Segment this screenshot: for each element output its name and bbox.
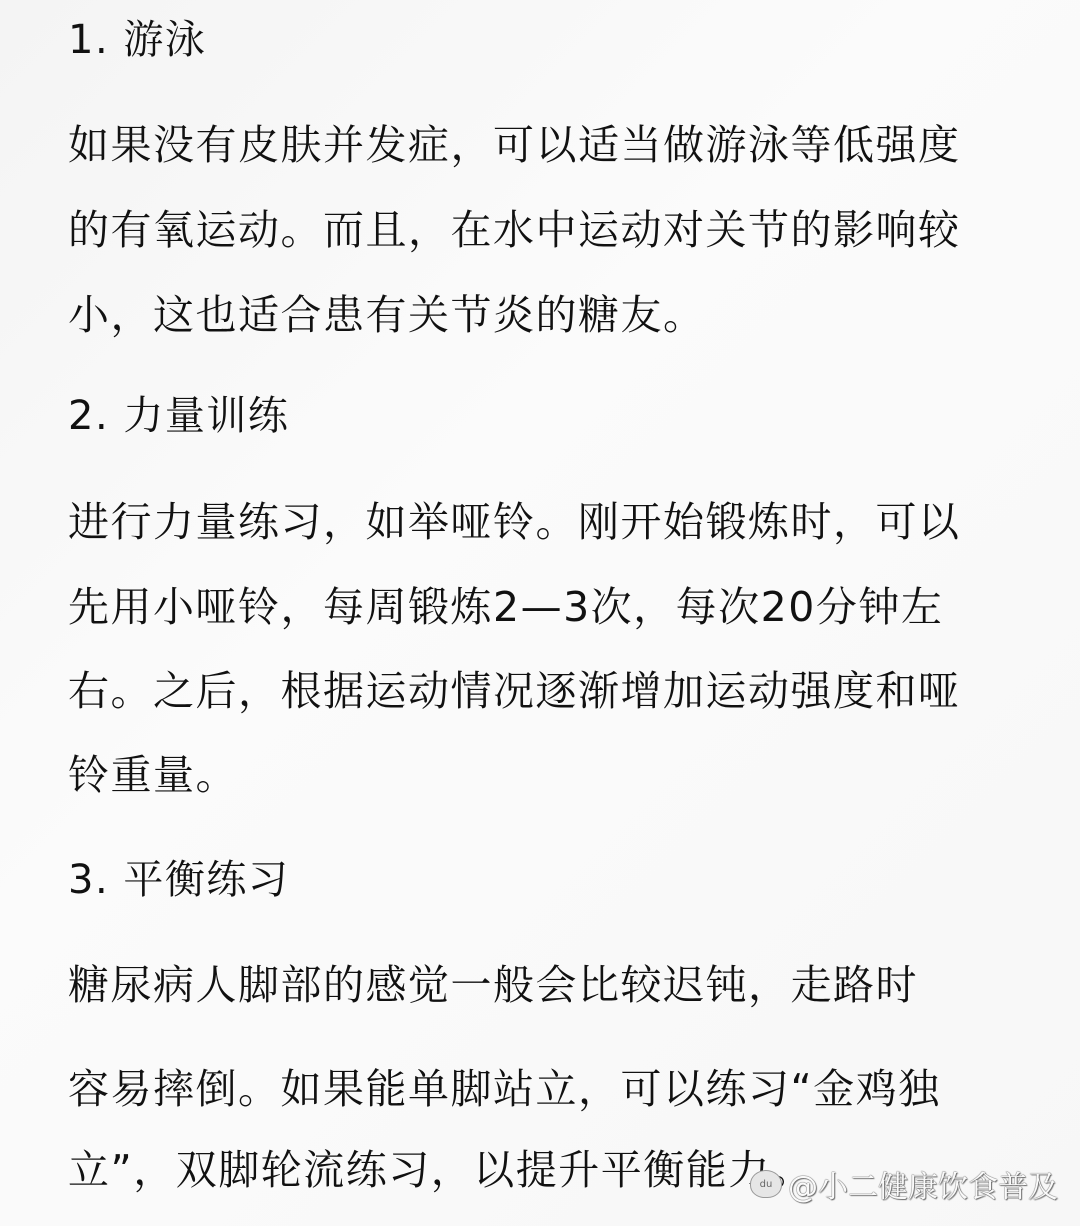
paragraph-line: 容易摔倒。如果能单脚站立，可以练习“金鸡独	[68, 1061, 941, 1117]
section-heading-strength-training: 2. 力量训练	[68, 388, 289, 444]
paragraph-line: 如果没有皮肤并发症，可以适当做游泳等低强度	[68, 117, 961, 173]
paragraph-line: 立”，双脚轮流练习，以提升平衡能力。	[68, 1142, 813, 1198]
watermark: du @小二健康饮食普及	[750, 1162, 1058, 1206]
paragraph-line: 小，这也适合患有关节炎的糖友。	[68, 287, 706, 343]
baidu-paw-icon: du	[750, 1170, 782, 1198]
paragraph-line: 铃重量。	[68, 747, 238, 803]
paragraph-line: 先用小哑铃，每周锻炼2—3次，每次20分钟左	[68, 579, 943, 635]
section-heading-balance-exercise: 3. 平衡练习	[68, 852, 289, 908]
paragraph-line: 右。之后，根据运动情况逐渐增加运动强度和哑	[68, 663, 961, 719]
paragraph-line: 糖尿病人脚部的感觉一般会比较迟钝，走路时	[68, 957, 918, 1013]
watermark-text: @小二健康饮食普及	[788, 1162, 1058, 1206]
paragraph-line: 进行力量练习，如举哑铃。刚开始锻炼时，可以	[68, 494, 961, 550]
paragraph-line: 的有氧运动。而且，在水中运动对关节的影响较	[68, 202, 961, 258]
section-heading-swimming: 1. 游泳	[68, 12, 206, 68]
